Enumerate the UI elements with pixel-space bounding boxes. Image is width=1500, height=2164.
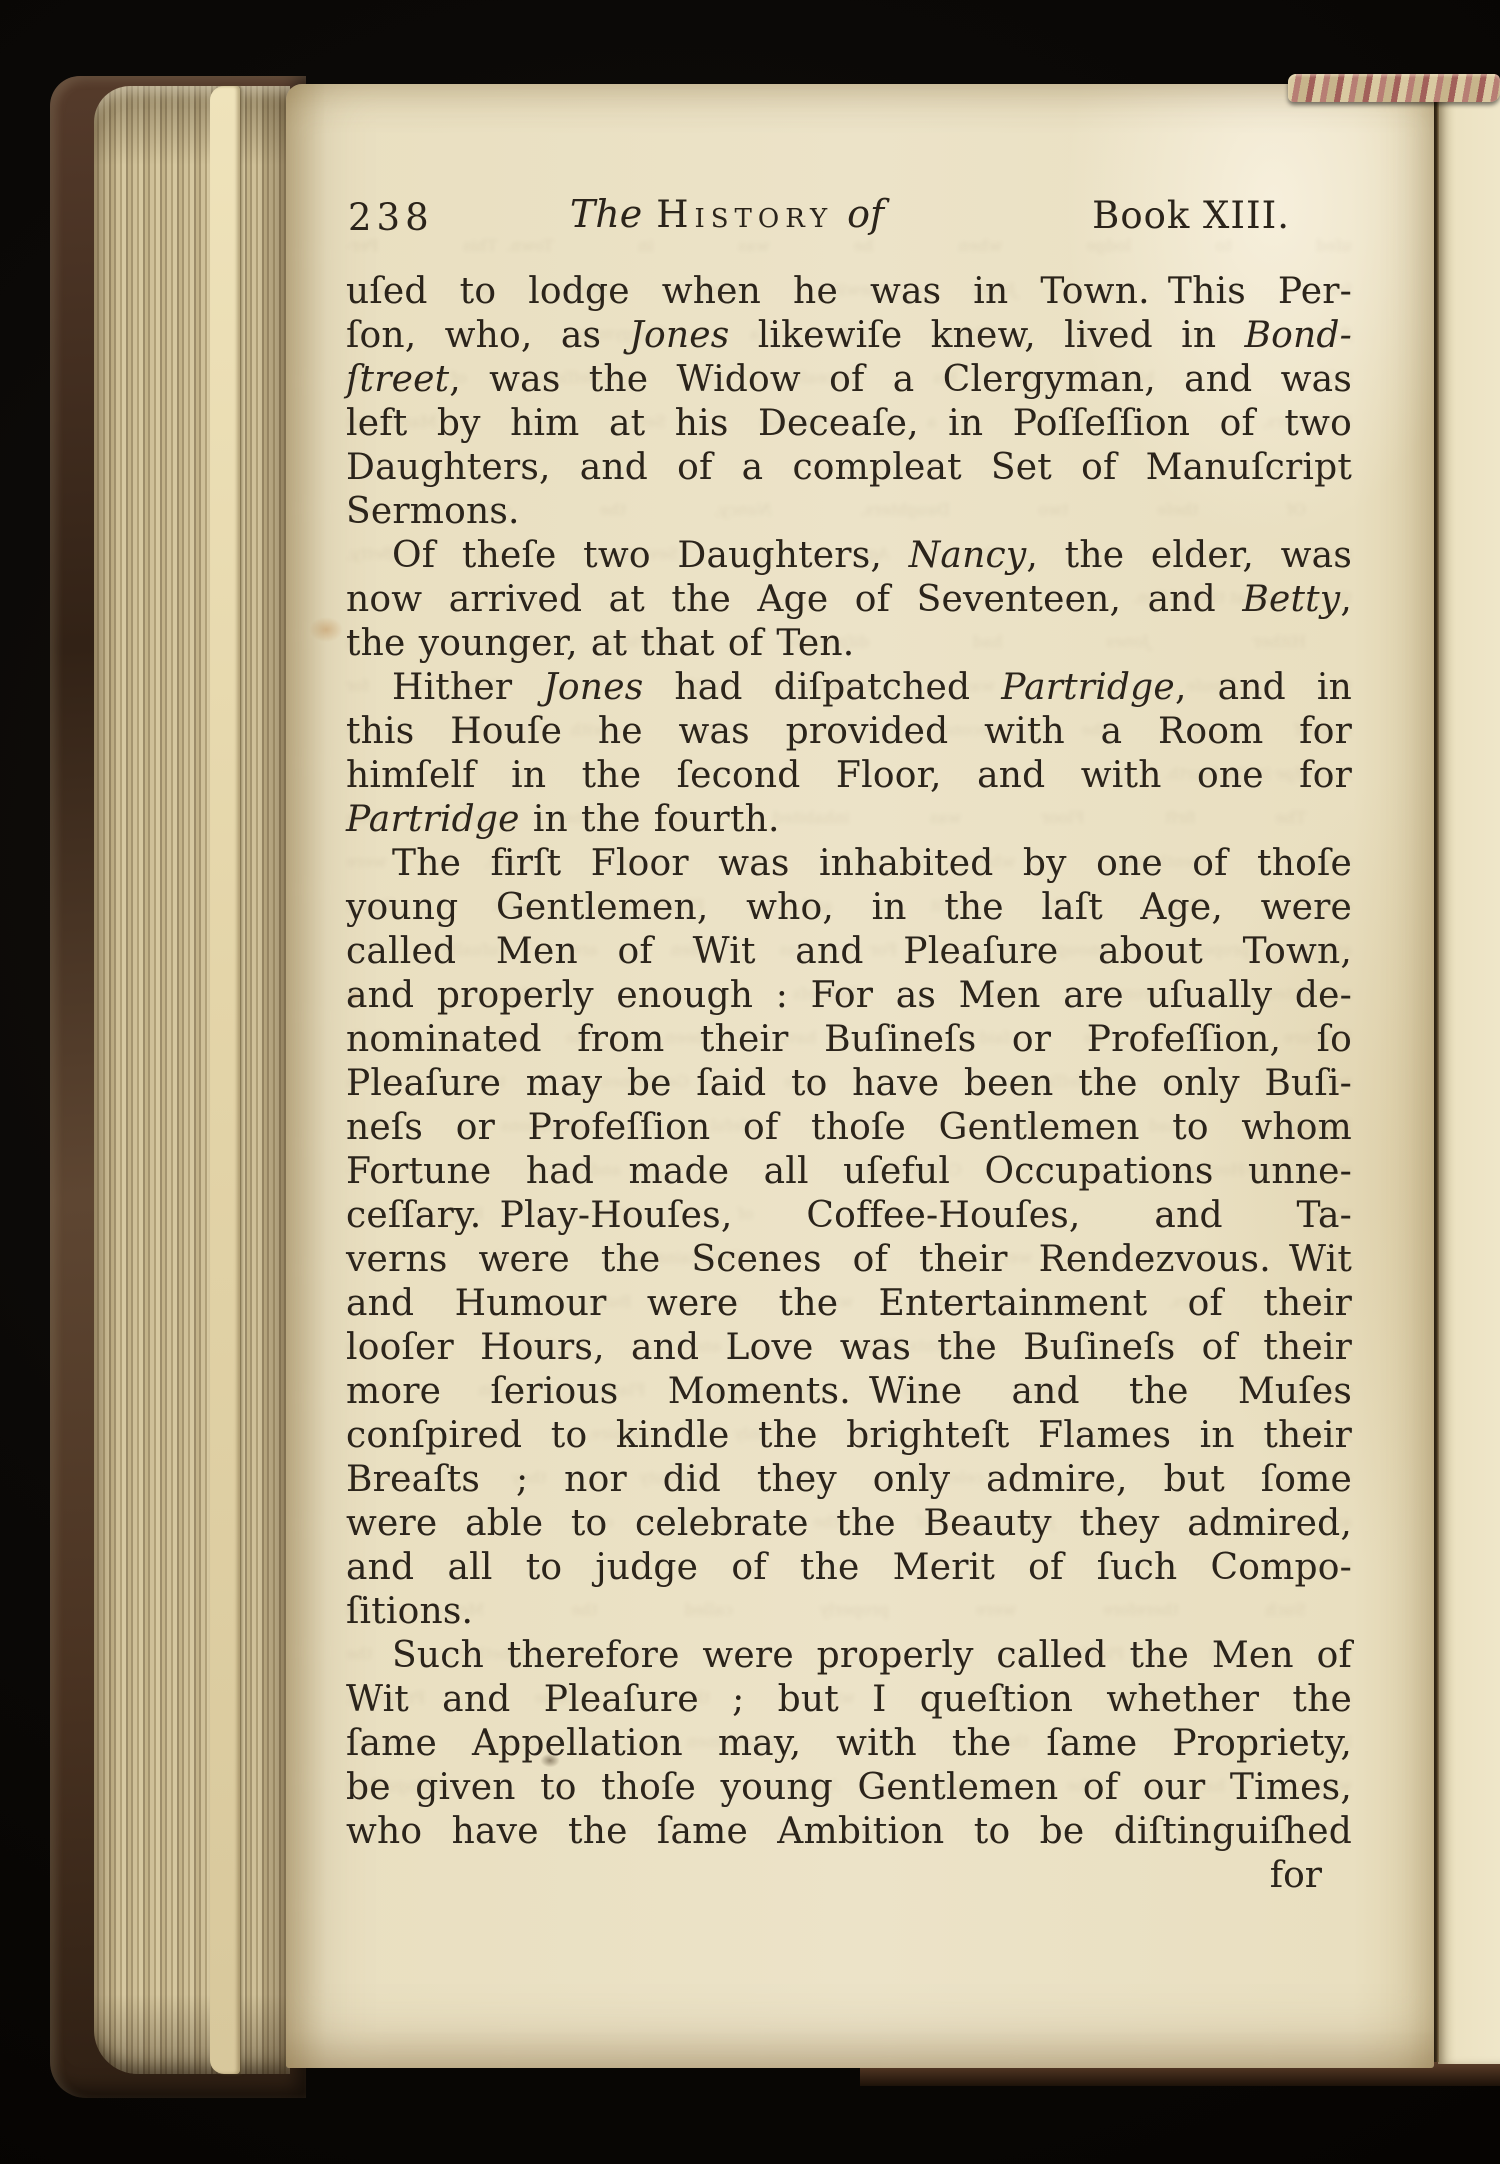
- protruding-leaf-edge: [210, 86, 240, 2074]
- text-line: Wit and Pleaſure ; but I queſtion whethe…: [346, 1678, 1352, 1722]
- text-line: ſtreet, was the Widow of a Clergyman, an…: [346, 358, 1352, 402]
- catchword-row: for: [346, 1854, 1352, 1898]
- text-line: Hither Jones had diſpatched Partridge, a…: [346, 666, 1352, 710]
- text-line: more ſerious Moments. Wine and the Muſes: [346, 1370, 1352, 1414]
- text-line: be given to thoſe young Gentlemen of our…: [346, 1766, 1352, 1810]
- book-page: uſed to lodge when he was in Town. This …: [286, 84, 1434, 2068]
- text-line: ſame Appellation may, with the ſame Prop…: [346, 1722, 1352, 1766]
- text-line: this Houſe he was provided with a Room f…: [346, 710, 1352, 754]
- paragraph: uſed to lodge when he was in Town. This …: [346, 270, 1352, 534]
- text-line: Fortune had made all uſeful Occupations …: [346, 1150, 1352, 1194]
- paragraph: Such therefore were properly called the …: [346, 1634, 1352, 1854]
- text-line: and all to judge of the Merit of ſuch Co…: [346, 1546, 1352, 1590]
- text-line: ſon, who, as Jones likewiſe knew, lived …: [346, 314, 1352, 358]
- text-line: nominated from their Buſineſs or Profeſſ…: [346, 1018, 1352, 1062]
- text-line: and Humour were the Entertainment of the…: [346, 1282, 1352, 1326]
- text-line: now arrived at the Age of Seventeen, and…: [346, 578, 1352, 622]
- text-line: Of theſe two Daughters, Nancy, the elder…: [346, 534, 1352, 578]
- text-line: conſpired to kindle the brighteſt Flames…: [346, 1414, 1352, 1458]
- running-header: 238 TheHistoryof Book XIII.: [346, 190, 1352, 252]
- text-line: The firſt Floor was inhabited by one of …: [346, 842, 1352, 886]
- book-number: Book XIII.: [1092, 194, 1290, 237]
- running-title-the: The: [570, 192, 642, 236]
- facing-page-edge: [1438, 92, 1500, 2064]
- text-line: looſer Hours, and Love was the Buſineſs …: [346, 1326, 1352, 1370]
- headband: [1288, 74, 1500, 102]
- text-line: Partridge in the fourth.: [346, 798, 1352, 842]
- page-number: 238: [348, 196, 434, 239]
- paragraph: Hither Jones had diſpatched Partridge, a…: [346, 666, 1352, 842]
- text-line: ſitions.: [346, 1590, 1352, 1634]
- running-title-history: History: [656, 193, 833, 236]
- text-line: uſed to lodge when he was in Town. This …: [346, 270, 1352, 314]
- text-line: Pleaſure may be ſaid to have been the on…: [346, 1062, 1352, 1106]
- text-line: Breaſts ; nor did they only admire, but …: [346, 1458, 1352, 1502]
- text-line: the younger, at that of Ten.: [346, 622, 1352, 666]
- text-line: Sermons.: [346, 490, 1352, 534]
- text-line: young Gentlemen, who, in the laſt Age, w…: [346, 886, 1352, 930]
- catchword: for: [1270, 1855, 1322, 1896]
- running-title-of: of: [847, 192, 884, 236]
- text-line: neſs or Profeſſion of thoſe Gentlemen to…: [346, 1106, 1352, 1150]
- text-line: called Men of Wit and Pleaſure about Tow…: [346, 930, 1352, 974]
- text-line: Such therefore were properly called the …: [346, 1634, 1352, 1678]
- text-line: Daughters, and of a compleat Set of Manu…: [346, 446, 1352, 490]
- paragraph: Of theſe two Daughters, Nancy, the elder…: [346, 534, 1352, 666]
- text-line: and properly enough : For as Men are uſu…: [346, 974, 1352, 1018]
- paragraph: The firſt Floor was inhabited by one of …: [346, 842, 1352, 1634]
- text-line: left by him at his Deceaſe, in Poſſeſſio…: [346, 402, 1352, 446]
- text-line: himſelf in the ſecond Floor, and with on…: [346, 754, 1352, 798]
- text-line: ceſſary. Play-Houſes, Coffee-Houſes, and…: [346, 1194, 1352, 1238]
- text-line: were able to celebrate the Beauty they a…: [346, 1502, 1352, 1546]
- photo-background: uſed to lodge when he was in Town. This …: [0, 0, 1500, 2164]
- running-title: TheHistoryof: [570, 192, 884, 236]
- text-line: who have the ſame Ambition to be diſting…: [346, 1810, 1352, 1854]
- text-area: 238 TheHistoryof Book XIII. uſed to lodg…: [346, 190, 1352, 1898]
- text-line: verns were the Scenes of their Rendezvou…: [346, 1238, 1352, 1282]
- page-edge-stack: [94, 86, 290, 2074]
- text-body: uſed to lodge when he was in Town. This …: [346, 270, 1352, 1854]
